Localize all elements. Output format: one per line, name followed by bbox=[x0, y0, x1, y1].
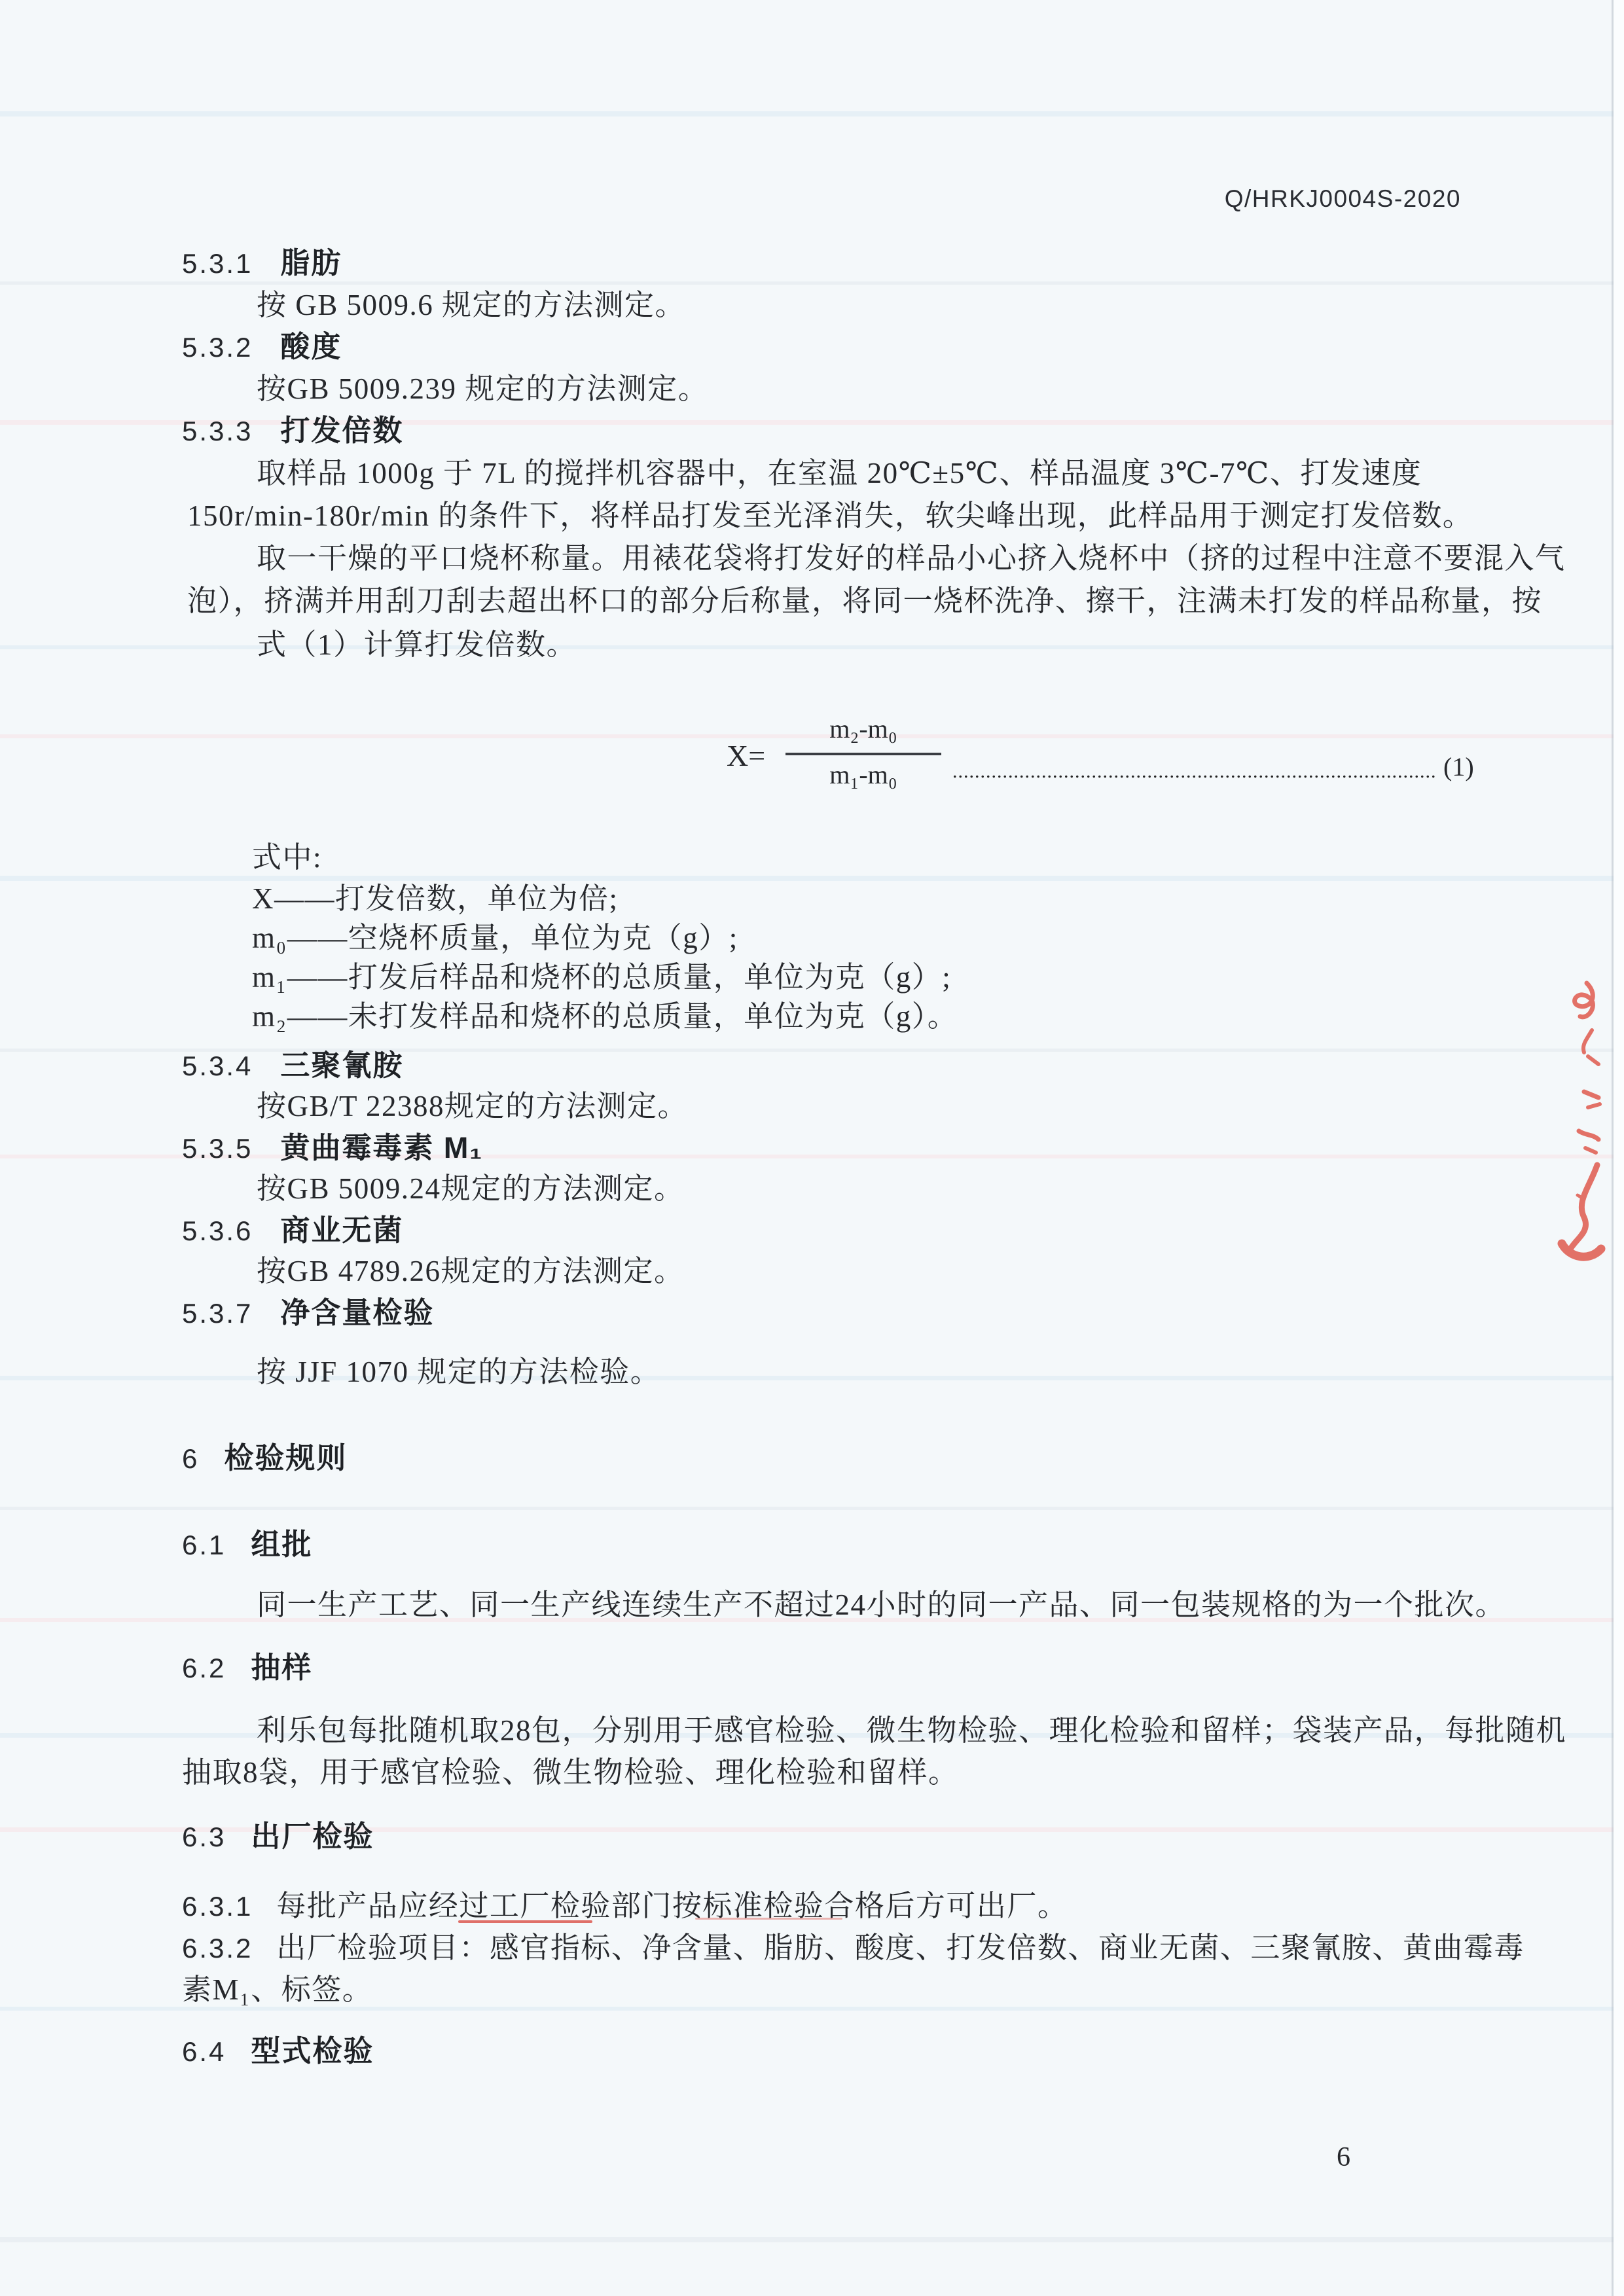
formula-dot-leader: ........................................… bbox=[952, 761, 1437, 787]
paragraph-line: 式（1）计算打发倍数。 bbox=[257, 626, 577, 663]
section-5-3-2-body: 按GB 5009.239 规定的方法测定。 bbox=[257, 370, 708, 407]
chapter-title: 检验规则 bbox=[224, 1440, 347, 1477]
section-6-1-body: 同一生产工艺、同一生产线连续生产不超过24小时的同一产品、同一包装规格的为一个批… bbox=[257, 1587, 1506, 1623]
section-number: 5.3.2 bbox=[182, 329, 253, 366]
scanned-document-page: Q/HRKJ0004S-2020 5.3.1 脂肪 按 GB 5009.6 规定… bbox=[0, 0, 1624, 2296]
section-number: 5.3.7 bbox=[182, 1295, 253, 1332]
red-pen-underline bbox=[458, 1920, 592, 1923]
formula-definition: X——打发倍数，单位为倍; bbox=[252, 880, 619, 917]
formula-lhs: X= bbox=[727, 738, 765, 773]
section-number: 5.3.6 bbox=[182, 1213, 253, 1249]
section-title: 黄曲霉毒素 M₁ bbox=[280, 1130, 483, 1166]
chapter-6-heading: 6 检验规则 bbox=[182, 1440, 347, 1477]
section-6-4-heading: 6.4 型式检验 bbox=[182, 2033, 374, 2070]
section-5-3-1-body: 按 GB 5009.6 规定的方法测定。 bbox=[257, 287, 685, 323]
section-5-3-6-heading: 5.3.6 商业无菌 bbox=[182, 1212, 403, 1249]
section-number: 6.4 bbox=[182, 2034, 226, 2070]
section-number: 6.3.2 bbox=[182, 1930, 253, 1967]
section-title: 打发倍数 bbox=[280, 412, 403, 449]
paragraph-line: 泡），挤满并用刮刀刮去超出杯口的部分后称量，将同一烧杯洗净、擦干，注满未打发的样… bbox=[187, 583, 1542, 619]
section-5-3-5-heading: 5.3.5 黄曲霉毒素 M₁ bbox=[182, 1130, 483, 1167]
paragraph-line: 利乐包每批随机取28包，分别用于感官检验、微生物检验、理化检验和留样；袋装产品，… bbox=[257, 1712, 1566, 1749]
section-number: 6.1 bbox=[182, 1527, 226, 1564]
section-title: 酸度 bbox=[280, 329, 342, 365]
section-6-3-2-body-continued: 素M₁、标签。 bbox=[182, 1971, 372, 2008]
equation-number: (1) bbox=[1443, 751, 1474, 782]
section-5-3-3-heading: 5.3.3 打发倍数 bbox=[182, 412, 403, 450]
formula-fraction: m₂-m₀ m₁-m₀ bbox=[785, 715, 941, 789]
section-5-3-4-body: 按GB/T 22388规定的方法测定。 bbox=[257, 1088, 688, 1124]
section-number: 6.3 bbox=[182, 1819, 226, 1856]
section-title: 抽样 bbox=[251, 1649, 312, 1686]
section-title: 三聚氰胺 bbox=[280, 1047, 403, 1084]
section-title: 净含量检验 bbox=[280, 1295, 434, 1331]
formula-where-label: 式中: bbox=[252, 839, 322, 876]
section-6-3-2-line: 6.3.2 出厂检验项目：感官指标、净含量、脂肪、酸度、打发倍数、商业无菌、三聚… bbox=[182, 1929, 1525, 1967]
red-ink-handwriting bbox=[1549, 979, 1622, 1270]
section-6-3-2-body: 出厂检验项目：感官指标、净含量、脂肪、酸度、打发倍数、商业无菌、三聚氰胺、黄曲霉… bbox=[276, 1929, 1525, 1966]
paragraph-line: 150r/min-180r/min 的条件下，将样品打发至光泽消失，软尖峰出现，… bbox=[187, 497, 1473, 534]
section-number: 5.3.4 bbox=[182, 1048, 253, 1085]
section-title: 组批 bbox=[251, 1526, 312, 1563]
section-5-3-6-body: 按GB 4789.26规定的方法测定。 bbox=[257, 1253, 685, 1289]
section-5-3-4-heading: 5.3.4 三聚氰胺 bbox=[182, 1047, 403, 1085]
whipping-ratio-formula: X= m₂-m₀ m₁-m₀ .........................… bbox=[723, 715, 1489, 813]
section-6-3-1-body: 每批产品应经过工厂检验部门按标准检验合格后方可出厂。 bbox=[276, 1888, 1068, 1924]
section-title: 型式检验 bbox=[251, 2033, 374, 2070]
section-number: 6.2 bbox=[182, 1650, 226, 1687]
formula-definition: m₂——未打发样品和烧杯的总质量，单位为克（g）。 bbox=[252, 998, 958, 1035]
red-pen-underline bbox=[695, 1918, 842, 1920]
page-number: 6 bbox=[1337, 2142, 1350, 2173]
formula-definition: m₀——空烧杯质量，单位为克（g）; bbox=[252, 920, 738, 956]
section-5-3-7-heading: 5.3.7 净含量检验 bbox=[182, 1295, 434, 1332]
section-number: 5.3.1 bbox=[182, 245, 253, 282]
section-5-3-2-heading: 5.3.2 酸度 bbox=[182, 329, 342, 366]
formula-definition: m₁——打发后样品和烧杯的总质量，单位为克（g）; bbox=[252, 959, 951, 996]
section-5-3-7-body: 按 JJF 1070 规定的方法检验。 bbox=[257, 1354, 660, 1390]
section-title: 商业无菌 bbox=[280, 1212, 403, 1249]
paragraph-line: 取一干燥的平口烧杯称量。用裱花袋将打发好的样品小心挤入烧杯中（挤的过程中注意不要… bbox=[257, 540, 1566, 577]
formula-denominator: m₁-m₀ bbox=[785, 761, 941, 789]
section-6-3-heading: 6.3 出厂检验 bbox=[182, 1818, 374, 1856]
section-5-3-1-heading: 5.3.1 脂肪 bbox=[182, 245, 342, 282]
chapter-number: 6 bbox=[182, 1441, 199, 1477]
section-number: 5.3.5 bbox=[182, 1130, 253, 1167]
section-title: 脂肪 bbox=[280, 245, 342, 281]
fraction-bar bbox=[785, 753, 941, 755]
section-6-2-heading: 6.2 抽样 bbox=[182, 1649, 312, 1687]
section-6-3-1-line: 6.3.1 每批产品应经过工厂检验部门按标准检验合格后方可出厂。 bbox=[182, 1888, 1068, 1925]
formula-numerator: m₂-m₀ bbox=[785, 715, 941, 744]
paragraph-line: 抽取8袋，用于感官检验、微生物检验、理化检验和留样。 bbox=[182, 1754, 959, 1791]
section-5-3-5-body: 按GB 5009.24规定的方法测定。 bbox=[257, 1170, 685, 1207]
section-title: 出厂检验 bbox=[251, 1818, 374, 1855]
section-number: 5.3.3 bbox=[182, 413, 253, 450]
document-code: Q/HRKJ0004S-2020 bbox=[1225, 185, 1461, 213]
section-number: 6.3.1 bbox=[182, 1888, 253, 1925]
section-6-1-heading: 6.1 组批 bbox=[182, 1526, 312, 1564]
paragraph-line: 取样品 1000g 于 7L 的搅拌机容器中，在室温 20℃±5℃、样品温度 3… bbox=[257, 455, 1422, 492]
